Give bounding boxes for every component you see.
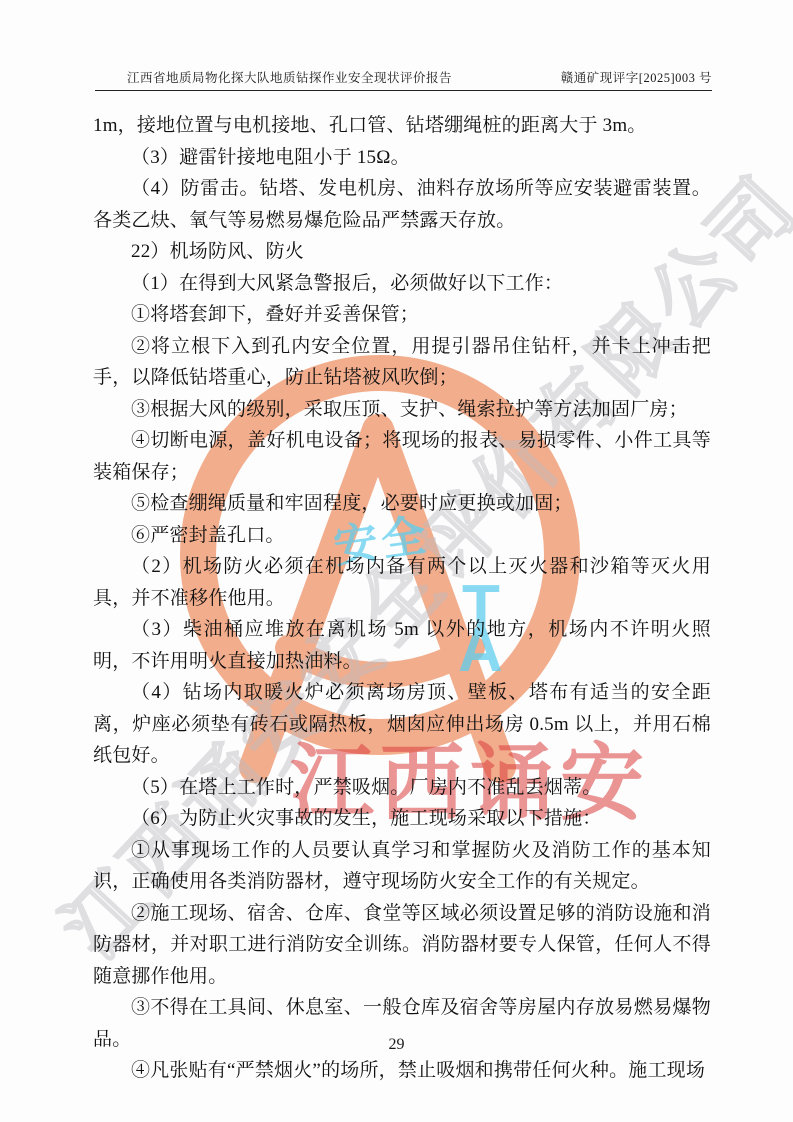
paragraph: （2）机场防火必须在机场内备有两个以上灭火器和沙箱等灭火用具，并不准移作他用。 [93, 551, 711, 614]
header-document-number: 赣通矿现评字[2025]003 号 [561, 68, 712, 86]
paragraph: ④切断电源，盖好机电设备；将现场的报表、易损零件、小件工具等装箱保存； [93, 425, 711, 488]
header-divider [95, 90, 712, 91]
paragraph: ①从事现场工作的人员要认真学习和掌握防火及消防工作的基本知识，正确使用各类消防器… [93, 835, 711, 898]
page-header: 江西省地质局物化探大队地质钻探作业安全现状评价报告 赣通矿现评字[2025]00… [95, 68, 712, 86]
paragraph: 1m，接地位置与电机接地、孔口管、钻塔绷绳桩的距离大于 3m。 [93, 110, 711, 142]
paragraph: ②将立根下入到孔内安全位置，用提引器吊住钻杆，并卡上冲击把手，以降低钻塔重心，防… [93, 331, 711, 394]
paragraph: ⑤检查绷绳质量和牢固程度，必要时应更换或加固； [93, 488, 711, 520]
header-report-title: 江西省地质局物化探大队地质钻探作业安全现状评价报告 [95, 68, 452, 86]
paragraph: ③根据大风的级别，采取压顶、支护、绳索拉护等方法加固厂房； [93, 394, 711, 426]
paragraph: （6）为防止火灾事故的发生，施工现场采取以下措施： [93, 803, 711, 835]
paragraph: （4）防雷击。钻塔、发电机房、油料存放场所等应安装避雷装置。各类乙炔、氧气等易燃… [93, 173, 711, 236]
paragraph: （3）避雷针接地电阻小于 15Ω。 [93, 142, 711, 174]
document-page: 江西诵安安全评价有限公司 安全 T A 江西诵安 江西省地质局物化探大队地质钻探… [0, 0, 793, 1122]
paragraph: ④凡张贴有“严禁烟火”的场所，禁止吸烟和携带任何火种。施工现场 [93, 1055, 711, 1087]
document-body: 1m，接地位置与电机接地、孔口管、钻塔绷绳桩的距离大于 3m。（3）避雷针接地电… [93, 110, 711, 1087]
paragraph: 22）机场防风、防火 [93, 236, 711, 268]
paragraph: ②施工现场、宿舍、仓库、食堂等区域必须设置足够的消防设施和消防器材，并对职工进行… [93, 898, 711, 993]
paragraph: （4）钻场内取暖火炉必须离场房顶、壁板、塔布有适当的安全距离，炉座必须垫有砖石或… [93, 677, 711, 772]
page-number: 29 [0, 1036, 793, 1054]
paragraph: （1）在得到大风紧急警报后，必须做好以下工作： [93, 268, 711, 300]
paragraph: （3）柴油桶应堆放在离机场 5m 以外的地方，机场内不许明火照明，不许用明火直接… [93, 614, 711, 677]
paragraph: ①将塔套卸下，叠好并妥善保管； [93, 299, 711, 331]
paragraph: ⑥严密封盖孔口。 [93, 520, 711, 552]
paragraph: （5）在塔上工作时，严禁吸烟。厂房内不准乱丢烟蒂。 [93, 772, 711, 804]
